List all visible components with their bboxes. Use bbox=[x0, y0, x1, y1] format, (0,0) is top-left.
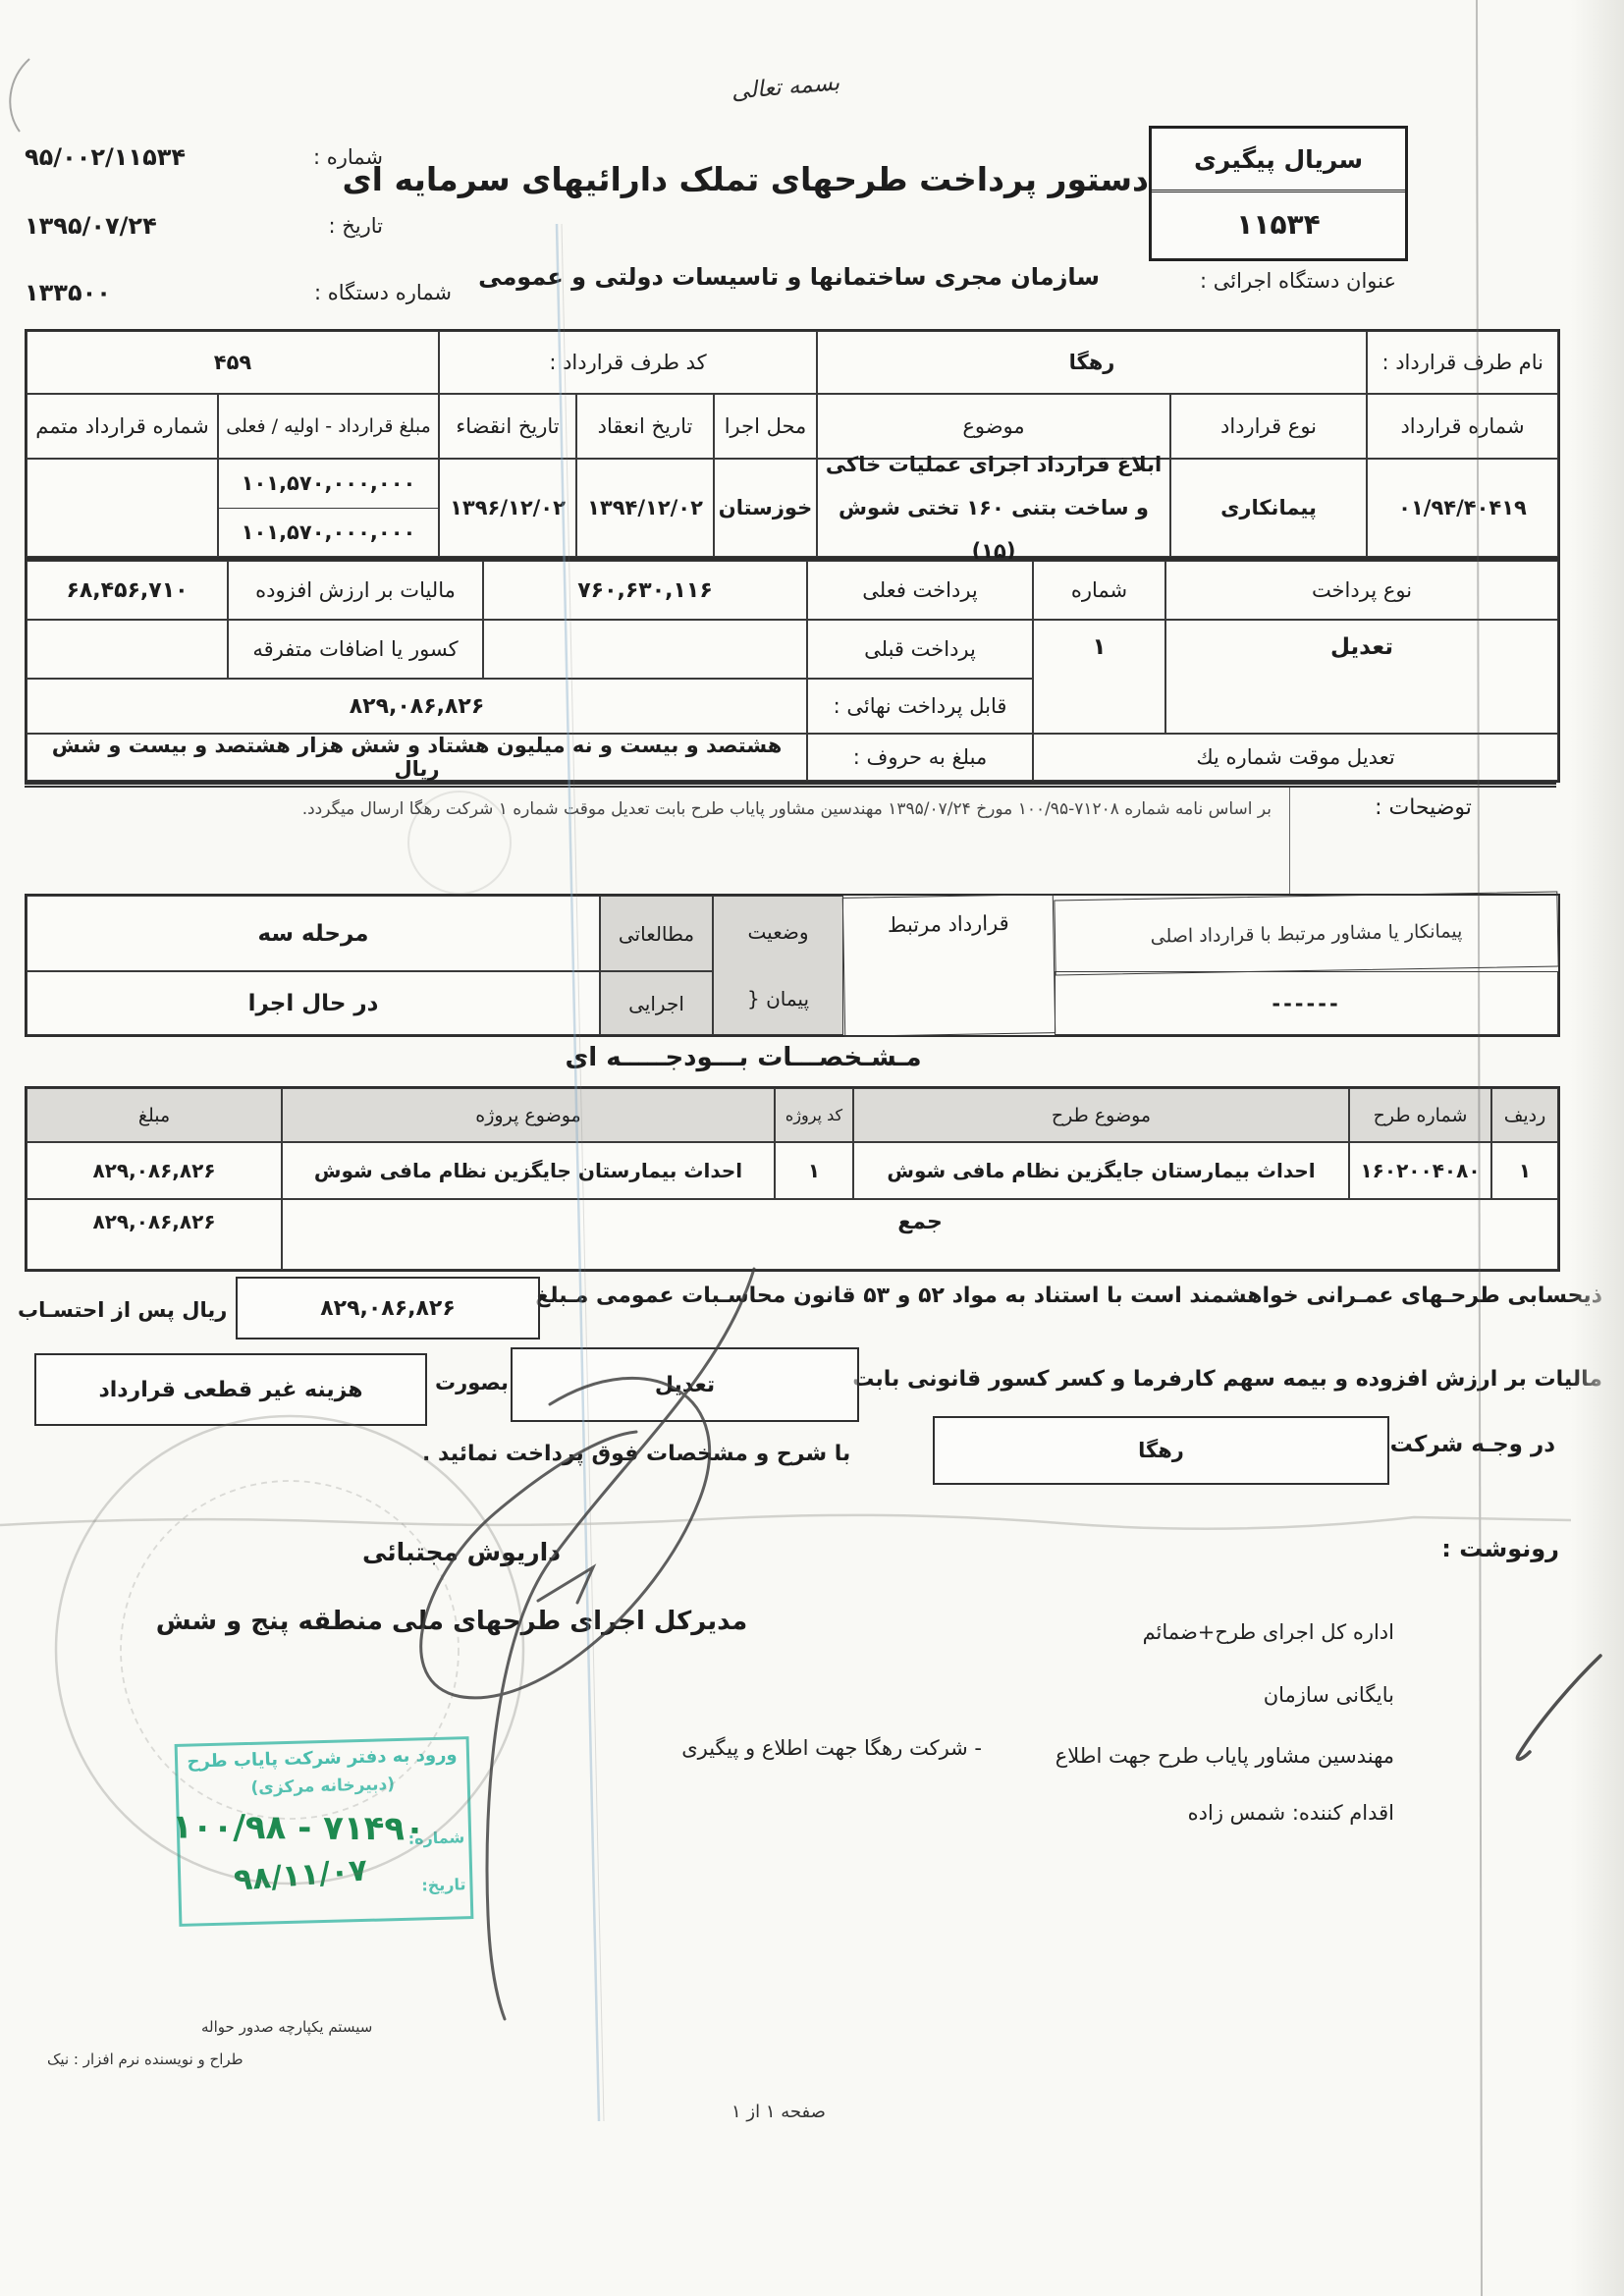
payment-amount-in-words: هشتصد و بیست و نه میلیون هشتاد و شش هزار… bbox=[27, 734, 807, 781]
contract-no-value: ۰۱/۹۴/۴۰۴۱۹ bbox=[1367, 459, 1558, 557]
budget-project-subject: احداث بیمارستان جایگزین نظام مافی شوش bbox=[282, 1142, 775, 1199]
budget-total-amount: ۸۲۹,۰۸۶,۸۲۶ bbox=[27, 1199, 282, 1270]
budget-total-label: جمع bbox=[282, 1199, 1558, 1270]
payee-label: در وجـه شرکت bbox=[1390, 1432, 1555, 1457]
payment-number-header: شماره bbox=[1033, 561, 1165, 620]
scanned-payment-order-document: بسمه تعالی دستور پرداخت طرحهای تملک دارا… bbox=[0, 0, 1624, 2296]
contract-party-value: رهگا bbox=[817, 331, 1367, 394]
contract-sign-date-value: ۱۳۹۴/۱۲/۰۲ bbox=[576, 459, 714, 557]
request-as-label: بصورت bbox=[435, 1371, 509, 1394]
executive-agency-label: عنوان دستگاه اجرائی : bbox=[1200, 269, 1396, 293]
stamp-line1: ورود به دفتر شرکت پایاب طرح bbox=[178, 1744, 466, 1773]
cc-item-plan-office: اداره کل اجرای طرح+ضمائم bbox=[1143, 1620, 1394, 1644]
payment-vat-label: مالیات بر ارزش افزوده bbox=[228, 561, 483, 620]
contract-supplement-value bbox=[27, 459, 218, 557]
payment-current-value: ۷۶۰,۶۳۰,۱۱۶ bbox=[483, 561, 807, 620]
notes-label: توضیحات : bbox=[1289, 788, 1556, 896]
date-value: ۱۳۹۵/۰۷/۲۴ bbox=[25, 212, 157, 240]
budget-project-subject-header: موضوع پروژه bbox=[282, 1088, 775, 1142]
contract-expiry-header: تاریخ انقضاء bbox=[439, 394, 576, 459]
budget-amount: ۸۲۹,۰۸۶,۸۲۶ bbox=[27, 1142, 282, 1199]
cc-label: رونوشت : bbox=[1441, 1535, 1559, 1562]
contract-status-line1: وضعیت bbox=[748, 920, 809, 944]
contract-party-label: نام طرف قرارداد : bbox=[1367, 331, 1558, 394]
document-title: دستور پرداخت طرحهای تملک دارائیهای سرمای… bbox=[461, 160, 1149, 198]
contract-party-code-value: ۴۵۹ bbox=[27, 331, 439, 394]
contract-location-value: خوزستان bbox=[714, 459, 817, 557]
payment-final-label: قابل پرداخت نهائی : bbox=[807, 679, 1033, 734]
tracking-serial-box: سریال پیگیری ۱۱۵۳۴ bbox=[1149, 126, 1408, 261]
date-label: تاریخ : bbox=[328, 214, 383, 238]
payment-vat-value: ۶۸,۴۵۶,۷۱۰ bbox=[27, 561, 228, 620]
phase-value: مرحله سه bbox=[27, 896, 600, 971]
contract-sign-date-header: تاریخ انعقاد bbox=[576, 394, 714, 459]
contract-amount-cell: ۱۰۱,۵۷۰,۰۰۰,۰۰۰ ۱۰۱,۵۷۰,۰۰۰,۰۰۰ bbox=[218, 459, 439, 557]
signatory-name: داریوش مجتبائی bbox=[324, 1538, 599, 1566]
budget-plan-no-header: شماره طرح bbox=[1349, 1088, 1491, 1142]
contract-type-header: نوع قرارداد bbox=[1170, 394, 1367, 459]
stamp-date-handwritten: ۹۸/۱۱/۰۷ bbox=[207, 1850, 394, 1900]
request-line1-tail: ریال پس از احتسـاب bbox=[18, 1298, 227, 1322]
budget-row-no: ۱ bbox=[1491, 1142, 1558, 1199]
cc-item-handler: اقدام کننده: شمس زاده bbox=[1188, 1801, 1394, 1825]
request-manner-box: هزینه غیر قطعی قرارداد bbox=[34, 1353, 427, 1426]
stamp-number-handwritten: ۷۱۴۹۰ - ۱۰۰/۹۸ bbox=[184, 1807, 425, 1848]
scan-edge-shadow bbox=[1571, 0, 1624, 2296]
related-consultant-header: پیمانکار یا مشاور مرتبط با قرارداد اصلی bbox=[1054, 892, 1558, 976]
document-number-row: شماره : ۹۵/۰۰۲/۱۱۵۳۴ bbox=[25, 143, 383, 171]
notes-section: توضیحات : بر اساس نامه شماره ۷۱۲۰۸-۱۰۰/۹… bbox=[25, 783, 1556, 896]
budget-plan-no: ۱۶۰۲۰۰۴۰۸۰ bbox=[1349, 1142, 1491, 1199]
payment-words-label: مبلغ به حروف : bbox=[807, 734, 1033, 781]
contract-status-cell: وضعیت پیمان { bbox=[713, 896, 843, 1035]
footer-system-line: سیستم یکپارچه صدور حواله bbox=[201, 2018, 372, 2036]
contract-supplement-header: شماره قرارداد متمم bbox=[27, 394, 218, 459]
contract-type-value: پیمانکاری bbox=[1170, 459, 1367, 557]
progress-value: در حال اجرا bbox=[27, 971, 600, 1035]
device-number-value: ۱۳۳۵۰۰ bbox=[25, 279, 111, 306]
number-value: ۹۵/۰۰۲/۱۱۵۳۴ bbox=[25, 143, 186, 171]
organization-name: سازمان مجری ساختمانها و تاسیسات دولتی و … bbox=[550, 263, 1100, 291]
corner-pen-mark bbox=[10, 59, 29, 132]
cc-item-consultant: مهندسین مشاور پایاب طرح جهت اطلاع bbox=[1056, 1744, 1394, 1768]
budget-row-header: ردیف bbox=[1491, 1088, 1558, 1142]
device-number-row: شماره دستگاه : ۱۳۳۵۰۰ bbox=[25, 279, 452, 306]
payment-table: نوع پرداخت شماره پرداخت فعلی ۷۶۰,۶۳۰,۱۱۶… bbox=[25, 559, 1560, 783]
related-consultant-value: ------ bbox=[1055, 971, 1558, 1035]
payee-box: رهگا bbox=[933, 1416, 1389, 1485]
request-line3-tail: با شرح و مشخصات فوق پرداخت نمائید . bbox=[422, 1442, 850, 1466]
stamp-date-label: تاریخ: bbox=[421, 1875, 466, 1894]
payment-number-value: ۱ bbox=[1033, 620, 1165, 734]
contract-expiry-value: ۱۳۹۶/۱۲/۰۲ bbox=[439, 459, 576, 557]
payment-previous-label: پرداخت قبلی bbox=[807, 620, 1033, 679]
office-entry-stamp: ورود به دفتر شرکت پایاب طرح (دبیرخانه مر… bbox=[175, 1736, 474, 1927]
budget-table: ردیف شماره طرح موضوع طرح کد پروژه موضوع … bbox=[25, 1086, 1560, 1272]
related-contract-table: پیمانکار یا مشاور مرتبط با قرارداد اصلی … bbox=[25, 894, 1560, 1037]
payment-misc-value bbox=[27, 620, 228, 679]
contract-subject-value: ابلاغ قرارداد اجرای عملیات خاکی و ساخت ب… bbox=[817, 459, 1170, 557]
contract-no-header: شماره قرارداد bbox=[1367, 394, 1558, 459]
signatory-title: مدیرکل اجرای طرحهای ملی منطقه پنج و شش bbox=[113, 1607, 790, 1636]
budget-project-code-header: کد پروژه bbox=[775, 1088, 853, 1142]
payment-final-value: ۸۲۹,۰۸۶,۸۲۶ bbox=[27, 679, 807, 734]
status-study-label: مطالعاتی bbox=[600, 896, 713, 971]
contract-location-header: محل اجرا bbox=[714, 394, 817, 459]
paper-crease-line bbox=[0, 1515, 1571, 1529]
budget-plan-subject: احداث بیمارستان جایگزین نظام مافی شوش bbox=[853, 1142, 1349, 1199]
budget-section-title: مـشـخصـــات بـــودجـــــه ای bbox=[0, 1043, 1487, 1072]
payment-current-label: پرداخت فعلی bbox=[807, 561, 1033, 620]
related-contract-label: قرارداد مرتبط bbox=[842, 894, 1056, 1037]
payment-type-note: تعدیل موقت شماره یك bbox=[1033, 734, 1558, 781]
payment-type-header: نوع پرداخت bbox=[1165, 561, 1558, 620]
cc-item-archive: بایگانی سازمان bbox=[1264, 1683, 1394, 1707]
tracking-serial-value: ۱۱۵۳۴ bbox=[1152, 192, 1405, 255]
payment-misc-label: کسور یا اضافات متفرقه bbox=[228, 620, 483, 679]
number-label: شماره : bbox=[313, 145, 383, 169]
request-reason-box: تعدیل bbox=[511, 1347, 859, 1422]
page-number: صفحه ۱ از ۱ bbox=[731, 2102, 826, 2122]
contract-amount-current: ۱۰۱,۵۷۰,۰۰۰,۰۰۰ bbox=[219, 509, 438, 557]
contract-amount-header: مبلغ قرارداد - اولیه / فعلی bbox=[218, 394, 439, 459]
budget-project-code: ۱ bbox=[775, 1142, 853, 1199]
footer-designer-line: طراح و نویسنده نرم افزار : نیک bbox=[47, 2050, 244, 2068]
request-line1: ذیحسابی طرحـهای عمـرانی خواهشمند است با … bbox=[535, 1284, 1602, 1308]
status-exec-label: اجرایی bbox=[600, 971, 713, 1035]
notes-text: بر اساس نامه شماره ۷۱۲۰۸-۱۰۰/۹۵ مورخ ۱۳۹… bbox=[302, 799, 1272, 819]
contract-info-table: نام طرف قرارداد : رهگا کد طرف قرارداد : … bbox=[25, 329, 1560, 559]
document-date-row: تاریخ : ۱۳۹۵/۰۷/۲۴ bbox=[25, 212, 383, 240]
contract-status-line2: پیمان { bbox=[747, 987, 809, 1011]
bismillah-text: بسمه تعالی bbox=[677, 65, 893, 109]
request-line2: مالیات بر ارزش افزوده و بیمه سهم کارفرما… bbox=[852, 1367, 1602, 1392]
payment-previous-value bbox=[483, 620, 807, 679]
cc-item-company: - شرکت رهگا جهت اطلاع و پیگیری bbox=[681, 1736, 982, 1760]
tracking-serial-label: سریال پیگیری bbox=[1152, 129, 1405, 192]
contract-party-code-label: کد طرف قرارداد : bbox=[439, 331, 817, 394]
request-amount-box: ۸۲۹,۰۸۶,۸۲۶ bbox=[236, 1277, 540, 1339]
budget-plan-subject-header: موضوع طرح bbox=[853, 1088, 1349, 1142]
contract-amount-initial: ۱۰۱,۵۷۰,۰۰۰,۰۰۰ bbox=[219, 460, 438, 509]
device-number-label: شماره دستگاه : bbox=[314, 281, 452, 304]
payment-type-value: تعدیل bbox=[1165, 620, 1558, 734]
stamp-line2: (دبیرخانه مرکزی) bbox=[179, 1773, 467, 1800]
budget-amount-header: مبلغ bbox=[27, 1088, 282, 1142]
